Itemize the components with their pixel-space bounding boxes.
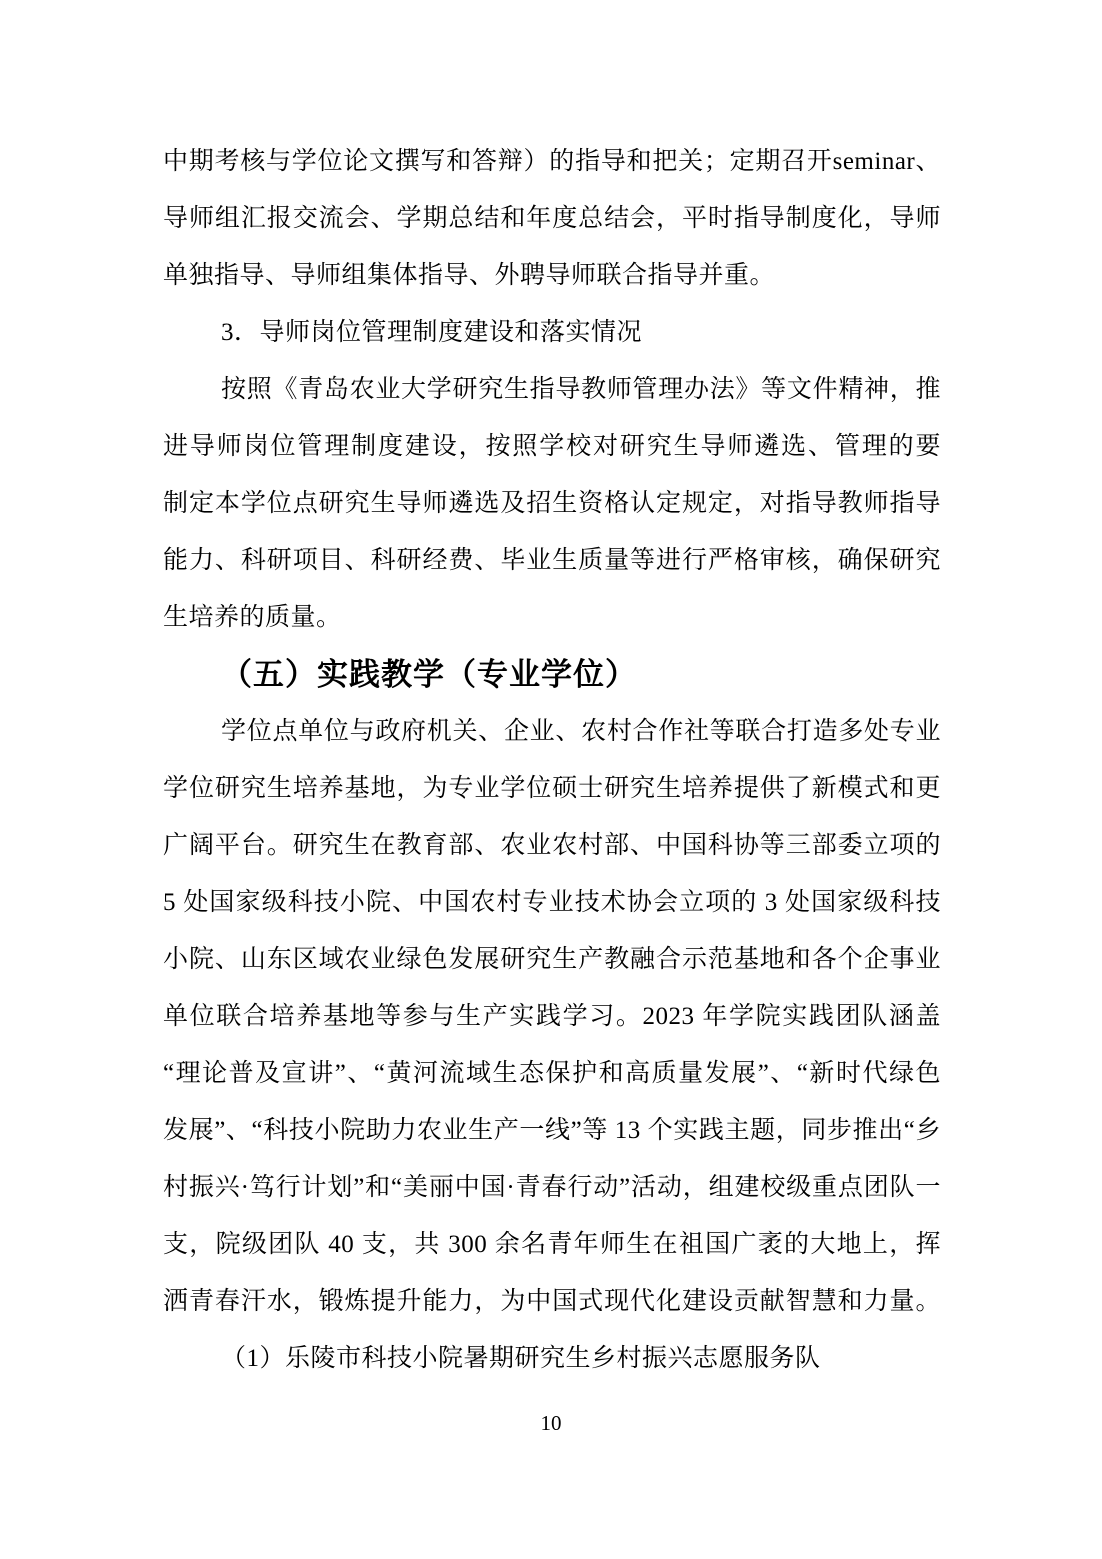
body-line: 村振兴·笃行计划”和“美丽中国·青春行动”活动，组建校级重点团队一 xyxy=(163,1159,941,1216)
item-1-line: （1）乐陵市科技小院暑期研究生乡村振兴志愿服务队 xyxy=(163,1330,941,1387)
body-line: 5 处国家级科技小院、中国农村专业技术协会立项的 3 处国家级科技 xyxy=(163,874,941,931)
body-line: 制定本学位点研究生导师遴选及招生资格认定规定，对指导教师指导 xyxy=(163,475,941,532)
body-line: 发展”、“科技小院助力农业生产一线”等 13 个实践主题，同步推出“乡 xyxy=(163,1102,941,1159)
body-line: 支，院级团队 40 支，共 300 余名青年师生在祖国广袤的大地上，挥 xyxy=(163,1216,941,1273)
document-page: 中期考核与学位论文撰写和答辩）的指导和把关；定期召开seminar、 导师组汇报… xyxy=(0,0,1102,1559)
body-line: 广阔平台。研究生在教育部、农业农村部、中国科协等三部委立项的 xyxy=(163,817,941,874)
body-line: “理论普及宣讲”、“黄河流域生态保护和高质量发展”、“新时代绿色 xyxy=(163,1045,941,1102)
page-body: 中期考核与学位论文撰写和答辩）的指导和把关；定期召开seminar、 导师组汇报… xyxy=(163,133,941,1387)
page-number: 10 xyxy=(0,1408,1102,1438)
body-line: 进导师岗位管理制度建设，按照学校对研究生导师遴选、管理的要求， xyxy=(163,418,941,475)
body-line: 学位研究生培养基地，为专业学位硕士研究生培养提供了新模式和更 xyxy=(163,760,941,817)
body-line: 生培养的质量。 xyxy=(163,589,941,646)
item-3-heading: 3．导师岗位管理制度建设和落实情况 xyxy=(163,304,941,361)
body-line: 按照《青岛农业大学研究生指导教师管理办法》等文件精神，推 xyxy=(163,361,941,418)
body-line: 单独指导、导师组集体指导、外聘导师联合指导并重。 xyxy=(163,247,941,304)
body-line: 能力、科研项目、科研经费、毕业生质量等进行严格审核，确保研究 xyxy=(163,532,941,589)
body-line: 小院、山东区域农业绿色发展研究生产教融合示范基地和各个企事业 xyxy=(163,931,941,988)
body-line: 学位点单位与政府机关、企业、农村合作社等联合打造多处专业 xyxy=(163,703,941,760)
body-line: 洒青春汗水，锻炼提升能力，为中国式现代化建设贡献智慧和力量。 xyxy=(163,1273,941,1330)
body-line: 导师组汇报交流会、学期总结和年度总结会，平时指导制度化，导师 xyxy=(163,190,941,247)
section-heading-5: （五）实践教学（专业学位） xyxy=(163,646,941,703)
body-line: 单位联合培养基地等参与生产实践学习。2023 年学院实践团队涵盖 xyxy=(163,988,941,1045)
body-line: 中期考核与学位论文撰写和答辩）的指导和把关；定期召开seminar、 xyxy=(163,133,941,190)
